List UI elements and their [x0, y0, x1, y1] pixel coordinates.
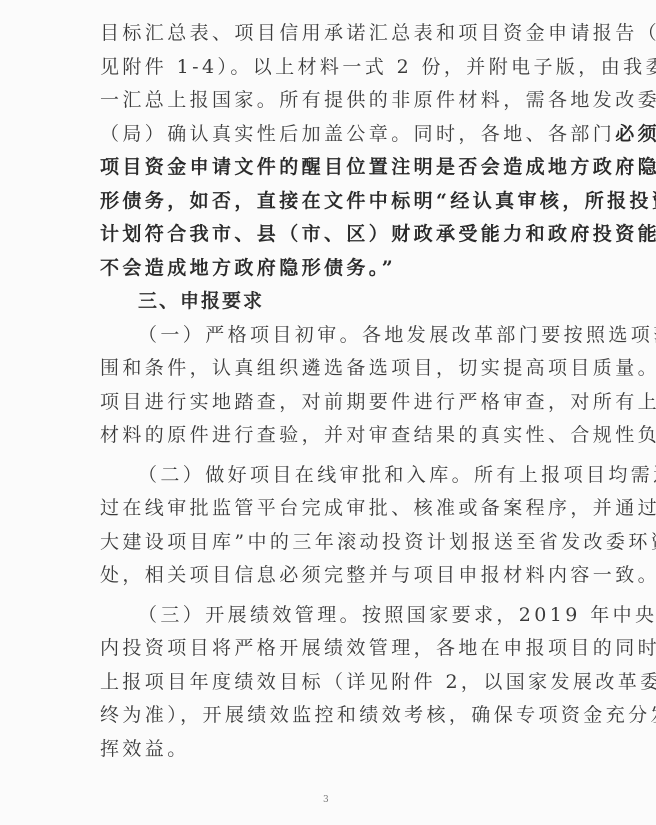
- requirement-online-approval: （二）做好项目在线审批和入库。所有上报项目均需通 过在线审批监管平台完成审批、核…: [100, 459, 570, 593]
- text-line: 过在线审批监管平台完成审批、核准或备案程序，并通过“重: [100, 492, 570, 526]
- text-line: 见附件 1-4）。以上材料一式 2 份，并附电子版，由我委统: [100, 51, 570, 85]
- document-page: 目标汇总表、项目信用承诺汇总表和项目资金申请报告（详 见附件 1-4）。以上材料…: [0, 0, 656, 825]
- text-line: （局）确认真实性后加盖公章。同时，各地、各部门必须在: [100, 118, 570, 152]
- text-line: 处，相关项目信息必须完整并与项目申报材料内容一致。: [100, 559, 570, 593]
- text-line: 围和条件，认真组织遴选备选项目，切实提高项目质量。对: [100, 352, 570, 386]
- text-line: 材料的原件进行查验，并对审查结果的真实性、合规性负责。: [100, 419, 570, 453]
- text-line: 终为准），开展绩效监控和绩效考核，确保专项资金充分发: [100, 699, 570, 733]
- emphasis-line: 项目资金申请文件的醒目位置注明是否会造成地方政府隐: [100, 151, 570, 185]
- requirement-performance-management: （三）开展绩效管理。按照国家要求，2019 年中央预算 内投资项目将严格开展绩效…: [100, 599, 570, 767]
- text-line: 内投资项目将严格开展绩效管理，各地在申报项目的同时要: [100, 632, 570, 666]
- text-line: 大建设项目库”中的三年滚动投资计划报送至省发改委环资: [100, 526, 570, 560]
- page-number: 3: [323, 795, 329, 805]
- text-line: （二）做好项目在线审批和入库。所有上报项目均需通: [100, 459, 570, 493]
- text-line: 目标汇总表、项目信用承诺汇总表和项目资金申请报告（详: [100, 17, 570, 51]
- emphasis-line: 计划符合我市、县（市、区）财政承受能力和政府投资能力，: [100, 218, 570, 252]
- text-line: （一）严格项目初审。各地发展改革部门要按照选项范: [100, 319, 570, 353]
- paragraph-submission-materials: 目标汇总表、项目信用承诺汇总表和项目资金申请报告（详 见附件 1-4）。以上材料…: [100, 17, 570, 285]
- text-line: 上报项目年度绩效目标（详见附件 2，以国家发展改革委最: [100, 666, 570, 700]
- text-line: （三）开展绩效管理。按照国家要求，2019 年中央预算: [100, 599, 570, 633]
- text-line: 挥效益。: [100, 733, 570, 767]
- emphasis-line: 不会造成地方政府隐形债务。”: [100, 252, 570, 286]
- section-heading: 三、申报要求: [100, 285, 570, 319]
- requirement-initial-review: （一）严格项目初审。各地发展改革部门要按照选项范 围和条件，认真组织遴选备选项目…: [100, 319, 570, 453]
- emphasis-text: 必须在: [615, 123, 656, 145]
- emphasis-line: 形债务，如否，直接在文件中标明“经认真审核，所报投资: [100, 185, 570, 219]
- text-line: 一汇总上报国家。所有提供的非原件材料，需各地发改委: [100, 84, 570, 118]
- text-line: 项目进行实地踏查，对前期要件进行严格审查，对所有上报: [100, 386, 570, 420]
- document-body: 目标汇总表、项目信用承诺汇总表和项目资金申请报告（详 见附件 1-4）。以上材料…: [100, 17, 570, 766]
